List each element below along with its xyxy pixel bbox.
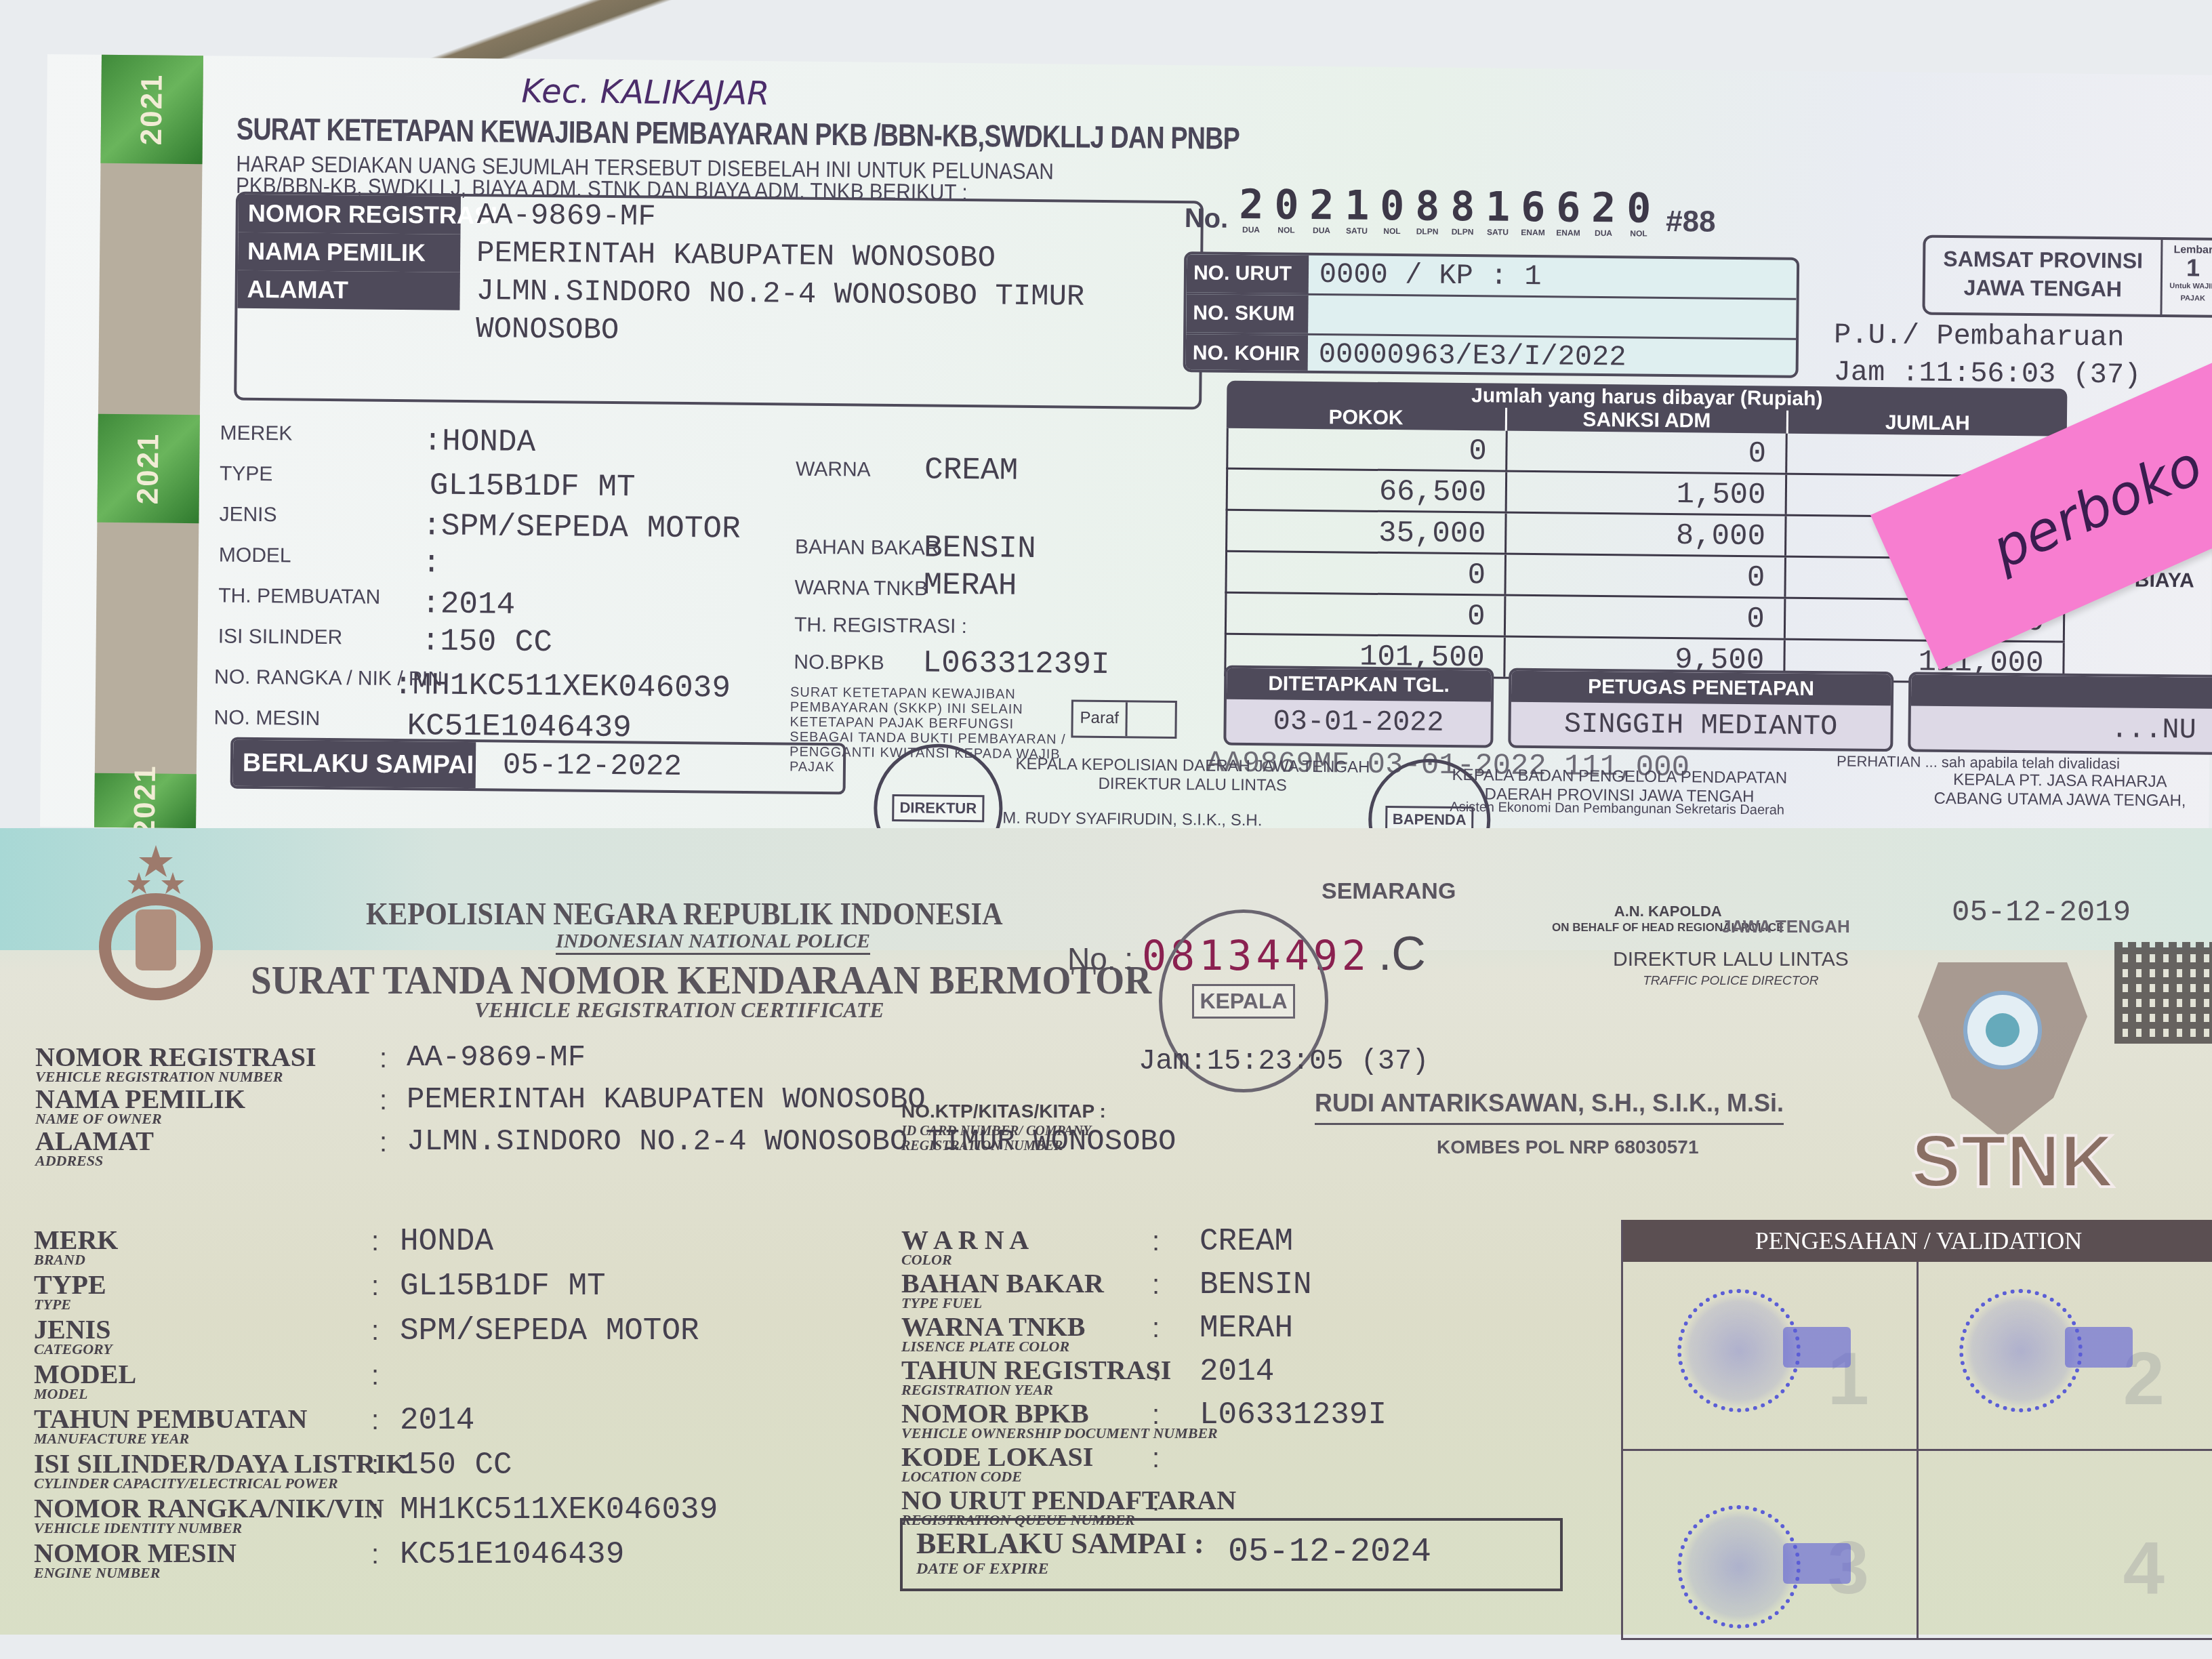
payment-cell-pokok: 66,500 <box>1228 470 1508 512</box>
payment-cell-pokok: 35,000 <box>1227 511 1507 553</box>
paraf-box: Paraf <box>1071 700 1177 739</box>
field-value: MERAH <box>1200 1311 1293 1346</box>
field-value: SPM/SEPEDA MOTOR <box>400 1313 699 1349</box>
lembar-box: Lembar 1 Untuk WAJIB PAJAK <box>2162 240 2212 315</box>
id-card-field: NO.KTP/KITAS/KITAP : ID CARD NUMBER/ COM… <box>901 1099 1106 1153</box>
th-pembuatan-value: :2014 <box>422 586 516 622</box>
pembaharuan-label: P.U./ Pembaharuan <box>1834 319 2125 354</box>
isi-silinder-value: :150 CC <box>421 623 552 660</box>
stnk-hologram-logo: STNK <box>1898 935 2108 1193</box>
signer-name: RUDI ANTARIKSAWAN, S.H., S.I.K., M.Si. <box>1315 1089 1784 1125</box>
number-digit: 0NOL <box>1269 184 1305 234</box>
field-label: NOMOR MESINENGINE NUMBER <box>34 1541 237 1580</box>
qr-code <box>2114 942 2212 1044</box>
bahan-bakar-value: BENSIN <box>924 530 1036 567</box>
stnk-org: KEPOLISIAN NEGARA REPUBLIK INDONESIA <box>366 896 1002 932</box>
type-label: TYPE <box>220 462 273 486</box>
stnk-logo-text: STNK <box>1911 1118 2114 1204</box>
field-label: NOMOR BPKBVEHICLE OWNERSHIP DOCUMENT NUM… <box>901 1401 1218 1441</box>
field-value: HONDA <box>400 1224 493 1259</box>
validation-cell: 1 <box>1623 1262 1919 1451</box>
field-label: NOMOR REGISTRASIVEHICLE REGISTRATION NUM… <box>35 1045 316 1084</box>
field-value: L06331239I <box>1200 1397 1387 1433</box>
field-label: ALAMATADDRESS <box>35 1129 154 1168</box>
bahan-bakar-label: BAHAN BAKAR <box>795 536 940 560</box>
validation-cell: 4 <box>1919 1451 2212 1640</box>
isi-silinder-label: ISI SILINDER <box>218 625 343 649</box>
no-bpkb-value: L06331239I <box>922 645 1110 682</box>
ditetapkan-value: 03-01-2022 <box>1226 699 1491 745</box>
skkp-document: 2021 2021 2021 Kec. KALIKAJAR SURAT KETE… <box>40 54 2212 848</box>
ditetapkan-box: DITETAPKAN TGL. 03-01-2022 <box>1223 665 1494 748</box>
stnk-berlaku-label: BERLAKU SAMPAI : <box>916 1532 1204 1556</box>
stnk-title-en: VEHICLE REGISTRATION CERTIFICATE <box>474 998 884 1023</box>
number-digit: 0NOL <box>1374 186 1410 236</box>
signer-1-name: M. RUDY SYAFIRUDIN, S.I.K., S.H. <box>1002 809 1262 831</box>
field-value: KC51E1046439 <box>400 1537 624 1572</box>
perhatian-note: PERHATIAN ... sah apabila telah divalida… <box>1837 752 2120 773</box>
samsat-label: SAMSAT PROVINSI JAWA TENGAH <box>1925 238 2163 314</box>
signer-2-subtitle: Asisten Ekonomi Dan Pembangunan Sekretar… <box>1450 800 1784 819</box>
samsat-box: SAMSAT PROVINSI JAWA TENGAH Lembar 1 Unt… <box>1922 235 2212 318</box>
model-label: MODEL <box>219 544 291 567</box>
alamat-value-1: JLMN.SINDORO NO.2-4 WONOSOBO TIMUR <box>476 274 1084 314</box>
payment-cell-sanksi: 8,000 <box>1507 514 1786 556</box>
field-label: BAHAN BAKARTYPE FUEL <box>901 1271 1104 1311</box>
alamat-value-2: WONOSOBO <box>476 312 619 348</box>
no-kohir-label: NO. KOHIR <box>1186 334 1309 373</box>
signer-1-title: KEPALA KEPOLISIAN DAERAH JAWA TENGAH DIR… <box>976 754 1410 796</box>
stnk-org-en: INDONESIAN NATIONAL POLICE <box>556 930 870 955</box>
field-value: PEMERINTAH KABUPATEN WONOSOBO <box>407 1083 926 1117</box>
number-digit: 2DUA <box>1233 184 1269 234</box>
field-value: CREAM <box>1200 1224 1293 1259</box>
hologram-year: 2021 <box>97 414 200 523</box>
payment-cell-pokok: 0 <box>1227 594 1507 636</box>
field-label: MERKBRAND <box>34 1228 118 1267</box>
no-urut-label: NO. URUT <box>1187 254 1309 293</box>
stnk-berlaku-box: BERLAKU SAMPAI : DATE OF EXPIRE 05-12-20… <box>900 1518 1563 1591</box>
city: SEMARANG <box>1322 878 1456 905</box>
validation-stamp-icon <box>1959 1289 2083 1412</box>
assessment-boxes: DITETAPKAN TGL. 03-01-2022 PETUGAS PENET… <box>1223 665 2212 756</box>
field-label: KODE LOKASILOCATION CODE <box>901 1445 1093 1484</box>
validation-cell: 2 <box>1919 1262 2212 1451</box>
validation-stamp-icon <box>1677 1289 1801 1412</box>
hologram-year: 2021 <box>94 773 197 828</box>
col-sanksi: SANKSI ADM <box>1507 408 1788 434</box>
issue-date: 05-12-2019 <box>1952 896 2131 930</box>
field-value: 2014 <box>400 1403 474 1438</box>
number-digit: 8DLPN <box>1410 186 1446 236</box>
direktur: DIREKTUR LALU LINTASTRAFFIC POLICE DIREC… <box>1613 950 1849 991</box>
handwritten-note: Kec. KALIKAJAR <box>521 73 770 113</box>
stnk-berlaku-value: 05-12-2024 <box>1228 1533 1431 1572</box>
payment-cell-sanksi: 0 <box>1507 555 1786 597</box>
type-value: GL15B1DF MT <box>430 468 636 505</box>
no-bpkb-label: NO.BPKB <box>794 651 884 675</box>
urut-box: NO. URUT 0000 / KP : 1 NO. SKUM NO. KOHI… <box>1183 251 1800 378</box>
merek-value: :HONDA <box>423 424 535 460</box>
payment-cell-pokok: 0 <box>1227 552 1507 594</box>
field-label: ISI SILINDER/DAYA LISTRIKCYLINDER CAPACI… <box>34 1452 407 1491</box>
region: JAWA TENGAH <box>1721 916 1850 937</box>
berlaku-sampai-value: 05-12-2022 <box>503 748 682 784</box>
petugas-value: SINGGIH MEDIANTO <box>1511 702 1891 749</box>
nama-pemilik-label: NAMA PEMILIK <box>238 232 461 272</box>
field-label: WARNA TNKBLISENCE PLATE COLOR <box>901 1315 1086 1354</box>
petugas-box: PETUGAS PENETAPAN SINGGIH MEDIANTO <box>1508 668 1893 752</box>
field-value: 2014 <box>1200 1354 1274 1389</box>
merek-label: MEREK <box>220 422 292 445</box>
field-label: NOMOR RANGKA/NIK/VINVEHICLE IDENTITY NUM… <box>34 1496 384 1536</box>
number-digit: 6ENAM <box>1551 187 1586 237</box>
field-value: BENSIN <box>1200 1267 1312 1303</box>
hologram-year: 2021 <box>100 55 203 164</box>
stnk-title: SURAT TANDA NOMOR KENDARAAN BERMOTOR <box>251 957 1151 1004</box>
number-digit: 1SATU <box>1480 186 1516 237</box>
number-digit: 2DUA <box>1304 185 1340 235</box>
field-value: MH1KC511XEK046039 <box>400 1492 718 1528</box>
field-label: TYPETYPE <box>34 1273 106 1312</box>
warna-value: CREAM <box>924 452 1019 488</box>
nama-pemilik-value: PEMERINTAH KABUPATEN WONOSOBO <box>476 237 996 275</box>
skkp-time: Jam :11:56:03 (37) <box>1833 356 2141 391</box>
no-mesin-label: NO. MESIN <box>213 706 320 731</box>
warna-tnkb-label: WARNA TNKB <box>794 577 928 601</box>
number-digit: 2DUA <box>1586 188 1622 238</box>
registration-box: NOMOR REGISTRASI AA-9869-MF NAMA PEMILIK… <box>234 192 1204 410</box>
validation-stamp-icon <box>1677 1505 1801 1629</box>
berlaku-sampai-label: BERLAKU SAMPAI <box>233 737 476 792</box>
th-registrasi-label: TH. REGISTRASI : <box>794 614 967 638</box>
model-value: : <box>422 546 441 581</box>
number-digit: 0NOL <box>1621 188 1657 238</box>
field-label: TAHUN REGISTRASIREGISTRATION YEAR <box>901 1358 1171 1397</box>
signer-3-title: KEPALA PT. JASA RAHARJA CABANG UTAMA JAW… <box>1917 771 2203 811</box>
no-rangka-value: :MH1KC511XEK046039 <box>394 668 731 706</box>
payment-cell-sanksi: 0 <box>1508 431 1788 473</box>
field-label: JENISCATEGORY <box>34 1317 112 1357</box>
hologram-strip: 2021 2021 2021 <box>94 55 203 828</box>
skkp-title: SURAT KETETAPAN KEWAJIBAN PEMBAYARAN PKB… <box>237 110 1240 157</box>
field-label: MODELMODEL <box>34 1362 136 1401</box>
payment-cell-pokok: 0 <box>1228 428 1508 470</box>
field-label: TAHUN PEMBUATANMANUFACTURE YEAR <box>34 1407 307 1446</box>
payment-cell-sanksi: 1,500 <box>1507 472 1787 514</box>
no-kohir-value: 00000963/E3/I/2022 <box>1319 338 1626 373</box>
payment-cell-sanksi: 0 <box>1506 596 1786 638</box>
warna-tnkb-value: MERAH <box>923 567 1017 603</box>
alamat-label: ALAMAT <box>237 270 460 310</box>
field-label: W A R N ACOLOR <box>901 1228 1029 1267</box>
nomor-registrasi-label: NOMOR REGISTRASI <box>238 194 461 234</box>
number-digit: 1SATU <box>1339 185 1375 235</box>
police-emblem-icon <box>81 845 230 1001</box>
signer-rank: KOMBES POL NRP 68030571 <box>1437 1136 1698 1158</box>
field-value: GL15B1DF MT <box>400 1269 606 1304</box>
number-digits: 2DUA0NOL2DUA1SATU0NOL8DLPN8DLPN1SATU6ENA… <box>1233 184 1657 239</box>
field-value: AA-9869-MF <box>407 1041 586 1075</box>
no-skum-label: NO. SKUM <box>1186 294 1309 333</box>
stnk-time: Jam:15:23:05 (37) <box>1139 1045 1429 1078</box>
berlaku-sampai-box: BERLAKU SAMPAI 05-12-2022 <box>230 737 846 795</box>
col-jumlah: JUMLAH <box>1788 411 2067 436</box>
third-box: ...NU RDA <box>1908 672 2212 755</box>
skkp-number: No. 2DUA0NOL2DUA1SATU0NOL8DLPN8DLPN1SATU… <box>1185 184 1722 239</box>
number-digit: 8DLPN <box>1445 186 1481 237</box>
no-urut-value: 0000 / KP : 1 <box>1319 258 1542 293</box>
stnk-document: KEPOLISIAN NEGARA REPUBLIK INDONESIA IND… <box>0 828 2212 1635</box>
validation-title: PENGESAHAN / VALIDATION <box>1623 1220 2212 1262</box>
jenis-value: :SPM/SEPEDA MOTOR <box>422 508 741 547</box>
field-label: NAMA PEMILIKNAME OF OWNER <box>35 1087 245 1126</box>
th-pembuatan-label: TH. PEMBUATAN <box>218 584 380 609</box>
field-value: 150 CC <box>400 1448 512 1483</box>
validation-panel: PENGESAHAN / VALIDATION 1234 <box>1621 1220 2212 1640</box>
number-digit: 6ENAM <box>1515 187 1551 237</box>
col-pokok: POKOK <box>1227 405 1508 431</box>
validation-cell: 3 <box>1623 1451 1919 1640</box>
warna-label: WARNA <box>796 458 871 482</box>
jenis-label: JENIS <box>219 503 276 527</box>
nomor-registrasi-value: AA-9869-MF <box>477 199 657 234</box>
